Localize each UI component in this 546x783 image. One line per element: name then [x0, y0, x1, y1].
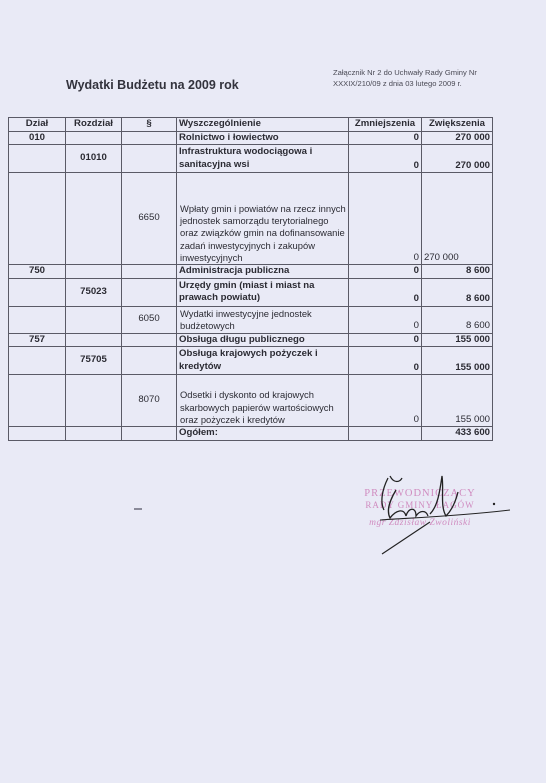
total-label: Ogółem: [177, 427, 349, 441]
table-row: 75023 Urzędy gmin (miast i miast na praw… [9, 278, 493, 306]
cell-zmniejszenia: 0 [349, 145, 422, 173]
cell-opis: Administracja publiczna [177, 265, 349, 279]
scan-speck [134, 508, 142, 510]
cell-zmniejszenia: 0 [349, 333, 422, 347]
table-row: 750 Administracja publiczna 0 8 600 [9, 265, 493, 279]
cell-paragraf: 6050 [122, 306, 177, 333]
cell-opis: Odsetki i dyskonto od krajowych skarbowy… [177, 375, 349, 427]
header-zmniejszenia: Zmniejszenia [349, 118, 422, 132]
header-opis: Wyszczególnienie [177, 118, 349, 132]
cell-zwiekszenia: 8 600 [422, 278, 493, 306]
cell-zmniejszenia: 0 [349, 306, 422, 333]
cell-dzial [9, 145, 66, 173]
cell-opis: Obsługa długu publicznego [177, 333, 349, 347]
cell-empty [66, 427, 122, 441]
table-row: 6650 Wpłaty gmin i powiatów na rzecz inn… [9, 173, 493, 265]
cell-empty [9, 427, 66, 441]
cell-dzial [9, 278, 66, 306]
cell-rozdzial: 75705 [66, 347, 122, 375]
cell-rozdzial [66, 265, 122, 279]
cell-paragraf [122, 333, 177, 347]
cell-opis: Rolnictwo i łowiectwo [177, 131, 349, 145]
cell-dzial: 010 [9, 131, 66, 145]
document-title: Wydatki Budżetu na 2009 rok [66, 78, 239, 92]
header-dzial: Dział [9, 118, 66, 132]
cell-paragraf [122, 265, 177, 279]
cell-zmniejszenia: 0 [349, 375, 422, 427]
cell-dzial [9, 375, 66, 427]
cell-dzial: 757 [9, 333, 66, 347]
table-row: 757 Obsługa długu publicznego 0 155 000 [9, 333, 493, 347]
cell-zwiekszenia: 155 000 [422, 375, 493, 427]
table-total-row: Ogółem: 433 600 [9, 427, 493, 441]
table-row: 6050 Wydatki inwestycyjne jednostek budż… [9, 306, 493, 333]
cell-paragraf [122, 131, 177, 145]
cell-opis: Wydatki inwestycyjne jednostek budżetowy… [177, 306, 349, 333]
cell-dzial [9, 173, 66, 265]
cell-paragraf [122, 278, 177, 306]
cell-rozdzial: 75023 [66, 278, 122, 306]
cell-zwiekszenia: 155 000 [422, 347, 493, 375]
cell-zmniejszenia: 0 [349, 131, 422, 145]
cell-dzial [9, 347, 66, 375]
cell-opis: Urzędy gmin (miast i miast na prawach po… [177, 278, 349, 306]
cell-opis: Wpłaty gmin i powiatów na rzecz innych j… [177, 173, 349, 265]
cell-rozdzial: 01010 [66, 145, 122, 173]
cell-opis: Infrastruktura wodociągowa i sanitacyjna… [177, 145, 349, 173]
table-row: 75705 Obsługa krajowych pożyczek i kredy… [9, 347, 493, 375]
cell-zwiekszenia: 8 600 [422, 265, 493, 279]
cell-opis: Obsługa krajowych pożyczek i kredytów [177, 347, 349, 375]
cell-zmniejszenia: 0 [349, 278, 422, 306]
budget-table: Dział Rozdział § Wyszczególnienie Zmniej… [8, 117, 493, 441]
cell-zwiekszenia: 155 000 [422, 333, 493, 347]
cell-rozdzial [66, 375, 122, 427]
annex-note: Załącznik Nr 2 do Uchwały Rady Gminy Nr … [333, 68, 493, 89]
cell-zmniejszenia: 0 [349, 265, 422, 279]
table-row: 8070 Odsetki i dyskonto od krajowych ska… [9, 375, 493, 427]
cell-paragraf: 8070 [122, 375, 177, 427]
cell-zmniejszenia: 0 [349, 347, 422, 375]
cell-rozdzial [66, 173, 122, 265]
cell-paragraf [122, 145, 177, 173]
cell-zmniejszenia: 0 [349, 173, 422, 265]
total-zmniejszenia [349, 427, 422, 441]
cell-zwiekszenia: 270 000 [422, 131, 493, 145]
cell-dzial: 750 [9, 265, 66, 279]
cell-dzial [9, 306, 66, 333]
header-rozdzial: Rozdział [66, 118, 122, 132]
cell-paragraf: 6650 [122, 173, 177, 265]
cell-zwiekszenia: 8 600 [422, 306, 493, 333]
total-zwiekszenia: 433 600 [422, 427, 493, 441]
table-header-row: Dział Rozdział § Wyszczególnienie Zmniej… [9, 118, 493, 132]
table-row: 01010 Infrastruktura wodociągowa i sanit… [9, 145, 493, 173]
cell-rozdzial [66, 333, 122, 347]
cell-paragraf [122, 347, 177, 375]
cell-zwiekszenia: 270 000 [422, 145, 493, 173]
table-row: 010 Rolnictwo i łowiectwo 0 270 000 [9, 131, 493, 145]
cell-zwiekszenia: 270 000 [422, 173, 493, 265]
header-zwiekszenia: Zwiększenia [422, 118, 493, 132]
signature-icon [360, 470, 520, 560]
cell-rozdzial [66, 306, 122, 333]
header-paragraf: § [122, 118, 177, 132]
cell-rozdzial [66, 131, 122, 145]
cell-empty [122, 427, 177, 441]
